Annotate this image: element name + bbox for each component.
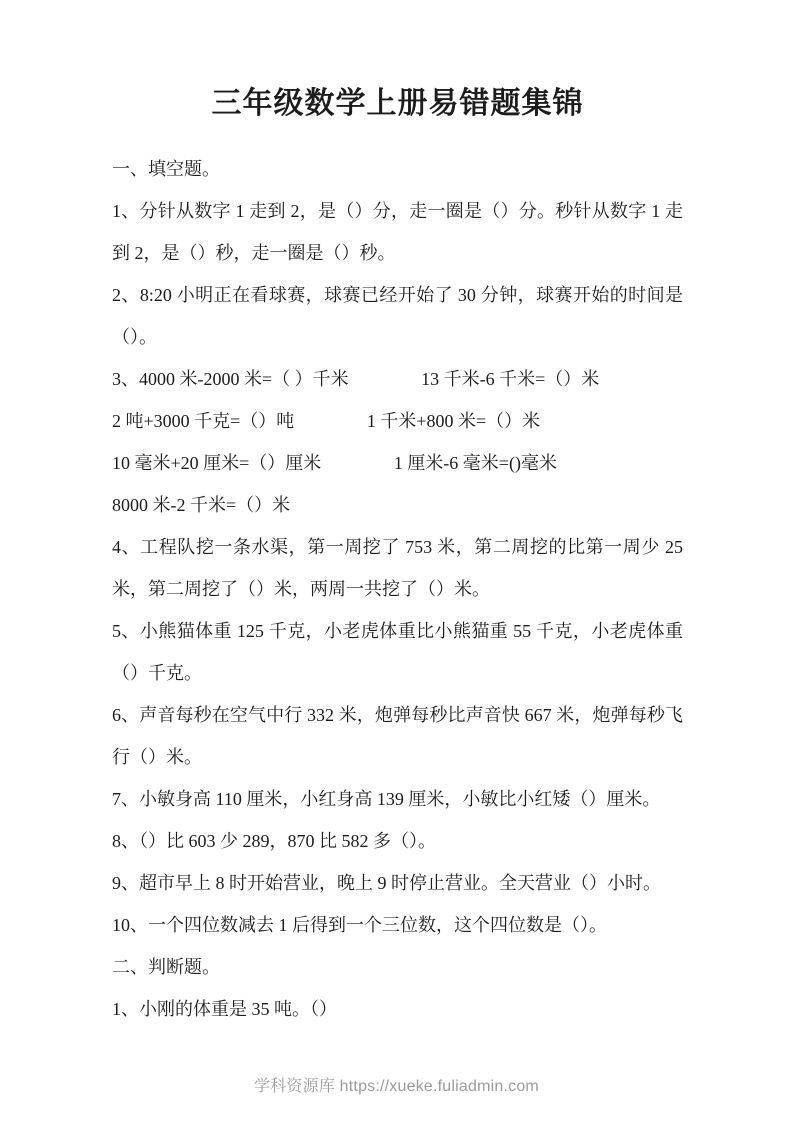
equation-left: 3、4000 米-2000 米=（ ）千米 (112, 369, 349, 389)
footer-source-text: 学科资源库 https://xueke.fuliadmin.com (0, 1073, 793, 1096)
equation-line: 3、4000 米-2000 米=（ ）千米 13 千米-6 千米=（）米 (112, 358, 683, 400)
equation-right: 1 厘米-6 毫米=()毫米 (394, 453, 557, 473)
equation-right: 13 千米-6 千米=（）米 (421, 369, 599, 389)
section-heading-true-false: 二、判断题。 (112, 946, 683, 988)
question-paragraph: 10、一个四位数减去 1 后得到一个三位数，这个四位数是（）。 (112, 904, 683, 946)
equation-left: 8000 米-2 千米=（）米 (112, 495, 290, 515)
question-paragraph: 5、小熊猫体重 125 千克，小老虎体重比小熊猫重 55 千克，小老虎体重（）千… (112, 610, 683, 694)
equation-line: 2 吨+3000 千克=（）吨 1 千米+800 米=（）米 (112, 400, 683, 442)
equation-line: 10 毫米+20 厘米=（）厘米 1 厘米-6 毫米=()毫米 (112, 442, 683, 484)
question-paragraph: 6、声音每秒在空气中行 332 米，炮弹每秒比声音快 667 米，炮弹每秒飞行（… (112, 694, 683, 778)
equation-line: 8000 米-2 千米=（）米 (112, 484, 683, 526)
question-paragraph: 2、8:20 小明正在看球赛，球赛已经开始了 30 分钟，球赛开始的时间是（）。 (112, 274, 683, 358)
equation-left: 10 毫米+20 厘米=（）厘米 (112, 453, 321, 473)
worksheet-page: 三年级数学上册易错题集锦 一、填空题。 1、分针从数字 1 走到 2，是（）分，… (0, 0, 793, 1122)
document-content: 三年级数学上册易错题集锦 一、填空题。 1、分针从数字 1 走到 2，是（）分，… (0, 0, 793, 1030)
question-paragraph: 1、分针从数字 1 走到 2，是（）分，走一圈是（）分。秒针从数字 1 走到 2… (112, 190, 683, 274)
question-paragraph: 4、工程队挖一条水渠，第一周挖了 753 米，第二周挖的比第一周少 25 米，第… (112, 526, 683, 610)
equation-right: 1 千米+800 米=（）米 (367, 411, 540, 431)
equation-left: 2 吨+3000 千克=（）吨 (112, 411, 294, 431)
question-paragraph: 8、（）比 603 少 289，870 比 582 多（）。 (112, 820, 683, 862)
question-paragraph: 1、小刚的体重是 35 吨。（） (112, 988, 683, 1030)
section-heading-fill-in-blanks: 一、填空题。 (112, 148, 683, 190)
question-paragraph: 9、超市早上 8 时开始营业，晚上 9 时停止营业。全天营业（）小时。 (112, 862, 683, 904)
question-paragraph: 7、小敏身高 110 厘米，小红身高 139 厘米，小敏比小红矮（）厘米。 (112, 778, 683, 820)
document-title: 三年级数学上册易错题集锦 (112, 84, 683, 124)
